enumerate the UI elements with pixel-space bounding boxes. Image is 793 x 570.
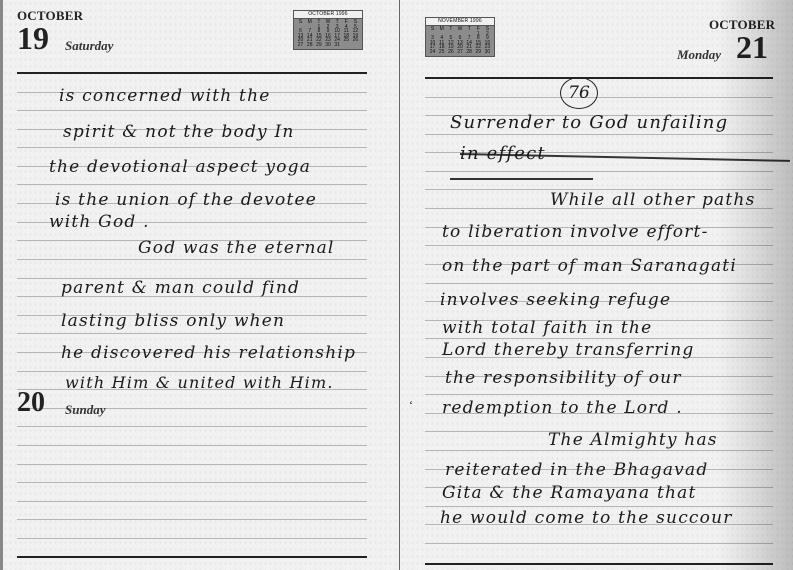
entry-heading: Surrender to God unfailing bbox=[450, 112, 728, 133]
header-divider bbox=[425, 77, 773, 79]
handwritten-line: reiterated in the Bhagavad bbox=[445, 460, 708, 480]
handwritten-line: he discovered his relationship bbox=[61, 343, 356, 363]
calendar-cell: 27 bbox=[455, 50, 464, 55]
diary-spread: OCTOBER 19 Saturday OCTOBER 1996 SMTWTFS… bbox=[0, 0, 793, 570]
ruled-line bbox=[17, 501, 367, 502]
mini-calendar-october: OCTOBER 1996 SMTWTFS12345678910111213141… bbox=[293, 10, 363, 50]
ruled-line bbox=[17, 147, 367, 148]
calendar-cell: 29 bbox=[474, 50, 483, 55]
handwritten-line: redemption to the Lord . bbox=[442, 398, 683, 418]
calendar-cell: 27 bbox=[296, 43, 305, 48]
page-curl-shadow bbox=[718, 0, 793, 570]
next-day-name: Sunday bbox=[65, 402, 105, 418]
left-page: OCTOBER 19 Saturday OCTOBER 1996 SMTWTFS… bbox=[0, 0, 400, 570]
ruled-line bbox=[425, 450, 773, 451]
stray-pen-mark: ʻ bbox=[409, 398, 413, 413]
handwritten-line: is the union of the devotee bbox=[55, 190, 317, 210]
handwritten-line: lasting bliss only when bbox=[61, 311, 285, 331]
ruled-line bbox=[17, 445, 367, 446]
handwritten-line: the responsibility of our bbox=[445, 368, 682, 388]
calendar-cell: 25 bbox=[437, 50, 446, 55]
mini-calendar-november: NOVEMBER 1996 SMTWTFS1234567891011121314… bbox=[425, 17, 495, 57]
mini-calendar-grid: SMTWTFS123456789101112131415161718192021… bbox=[294, 19, 362, 47]
calendar-cell: 28 bbox=[465, 50, 474, 55]
binding-spine bbox=[399, 0, 400, 570]
ruled-line bbox=[425, 97, 773, 98]
calendar-cell: 26 bbox=[446, 50, 455, 55]
calendar-cell: 29 bbox=[314, 43, 323, 48]
footer-divider bbox=[425, 563, 773, 565]
heading-underline bbox=[450, 178, 593, 180]
calendar-cell: 31 bbox=[333, 43, 342, 48]
header-divider bbox=[17, 72, 367, 74]
calendar-cell: 28 bbox=[305, 43, 314, 48]
ruled-line bbox=[17, 259, 367, 260]
handwritten-line: God was the eternal bbox=[138, 238, 335, 258]
ruled-line bbox=[425, 543, 773, 544]
entry-number: 76 bbox=[568, 83, 590, 103]
ruled-line bbox=[425, 245, 773, 246]
calendar-cell bbox=[351, 43, 360, 48]
handwritten-line: with Him & united with Him. bbox=[65, 373, 334, 392]
left-day-name: Saturday bbox=[65, 38, 113, 54]
handwritten-line: While all other paths bbox=[550, 190, 756, 210]
handwritten-line: he would come to the succour bbox=[440, 508, 733, 528]
right-day-name: Monday bbox=[677, 47, 721, 63]
handwritten-line: Gita & the Ramayana that bbox=[442, 483, 697, 503]
mini-calendar-title: OCTOBER 1996 bbox=[294, 11, 362, 19]
entry-heading: in effect bbox=[460, 143, 546, 164]
footer-divider bbox=[17, 556, 367, 558]
calendar-cell: 30 bbox=[483, 50, 492, 55]
calendar-cell bbox=[342, 43, 351, 48]
handwritten-line: with God . bbox=[49, 212, 150, 232]
entry-number-circled: 76 bbox=[560, 77, 598, 109]
handwritten-line: the devotional aspect yoga bbox=[49, 157, 311, 177]
ruled-line bbox=[17, 482, 367, 483]
handwritten-line: parent & man could find bbox=[61, 278, 300, 298]
next-day-number: 20 bbox=[17, 389, 45, 417]
handwritten-line: with total faith in the bbox=[442, 318, 652, 338]
handwritten-line: involves seeking refuge bbox=[440, 290, 671, 310]
ruled-line bbox=[17, 110, 367, 111]
mini-calendar-title: NOVEMBER 1996 bbox=[426, 18, 494, 26]
ruled-line bbox=[17, 371, 367, 372]
ruled-line bbox=[425, 394, 773, 395]
ruled-line bbox=[17, 464, 367, 465]
ruled-line bbox=[425, 134, 773, 135]
handwritten-line: to liberation involve effort- bbox=[442, 222, 709, 242]
ruled-line bbox=[17, 184, 367, 185]
right-day-number: 21 bbox=[736, 31, 768, 63]
handwritten-line: spirit & not the body In bbox=[63, 122, 295, 142]
handwritten-line: Lord thereby transferring bbox=[442, 340, 695, 360]
ruled-line bbox=[17, 333, 367, 334]
ruled-line bbox=[17, 519, 367, 520]
ruled-line bbox=[425, 171, 773, 172]
calendar-cell: 24 bbox=[428, 50, 437, 55]
ruled-line bbox=[17, 426, 367, 427]
ruled-line bbox=[425, 283, 773, 284]
handwritten-line: is concerned with the bbox=[59, 86, 271, 106]
calendar-cell: 30 bbox=[323, 43, 332, 48]
handwritten-line: The Almighty has bbox=[548, 430, 718, 450]
left-day-number: 19 bbox=[17, 22, 49, 54]
ruled-line bbox=[425, 338, 773, 339]
handwritten-line: on the part of man Saranagati bbox=[442, 256, 737, 276]
right-page: NOVEMBER 1996 SMTWTFS1234567891011121314… bbox=[400, 0, 793, 570]
ruled-line bbox=[17, 538, 367, 539]
ruled-line bbox=[425, 506, 773, 507]
mini-calendar-grid: SMTWTFS123456789101112131415161718192021… bbox=[426, 26, 494, 54]
